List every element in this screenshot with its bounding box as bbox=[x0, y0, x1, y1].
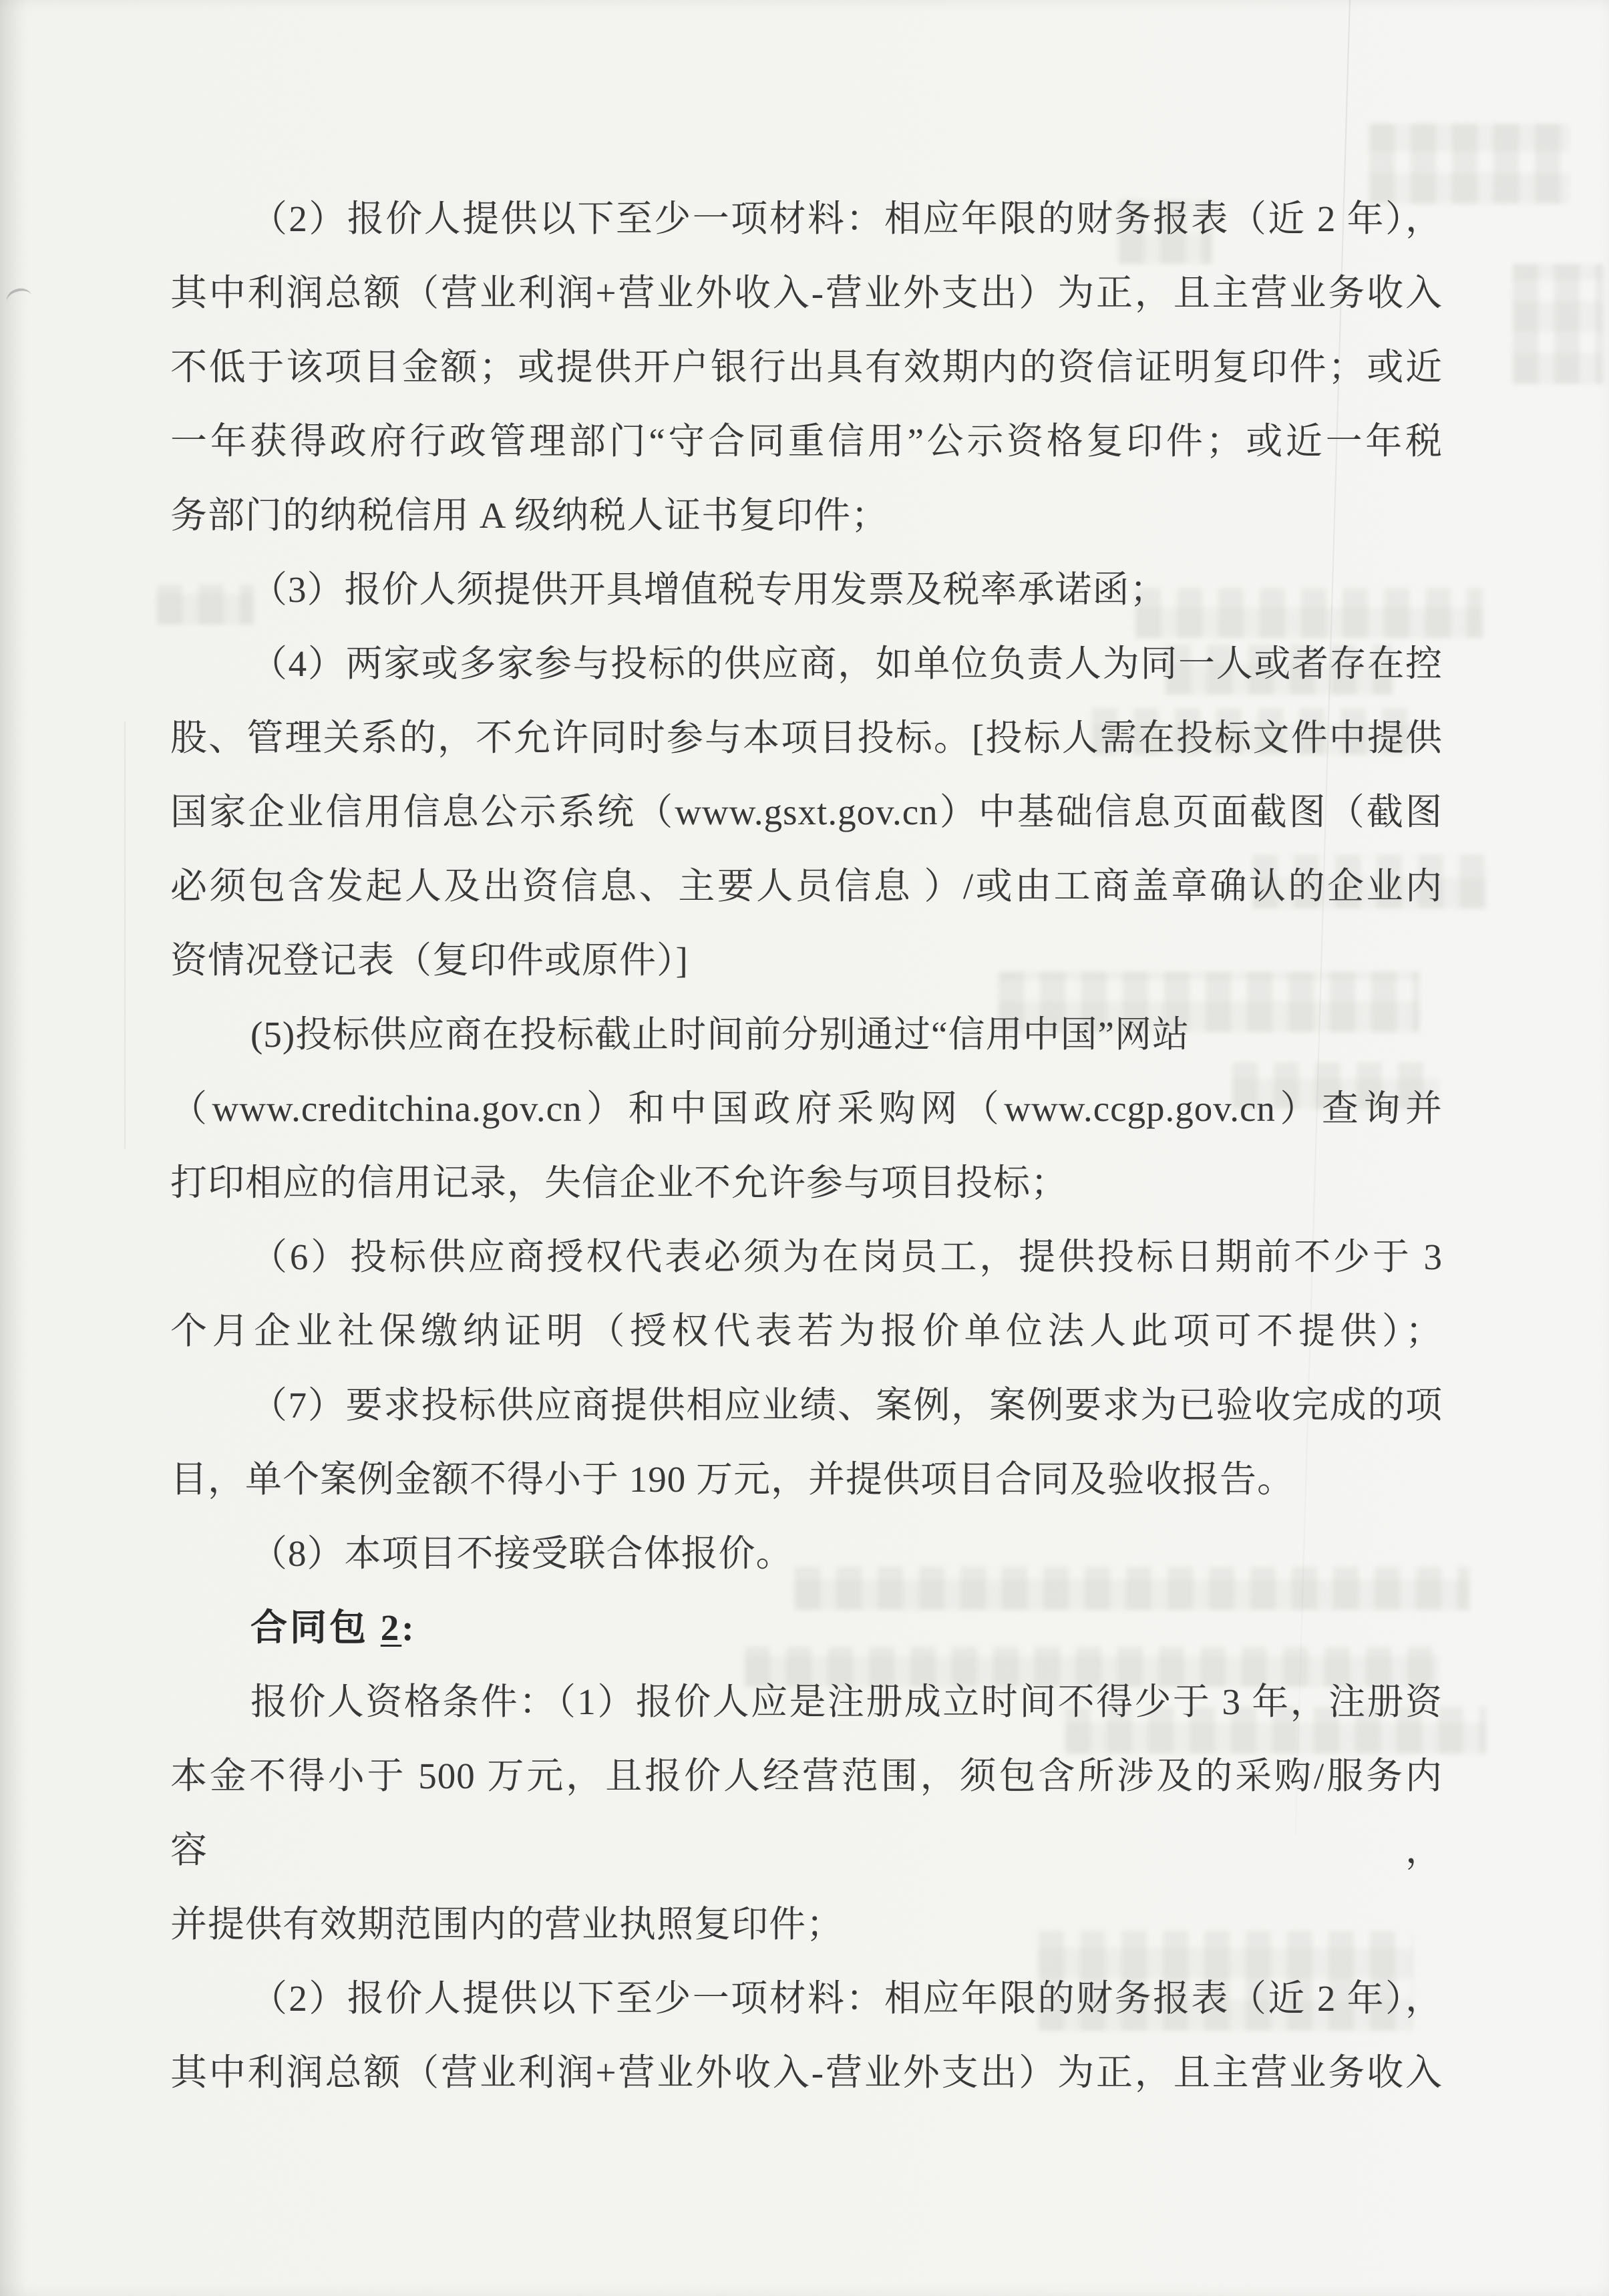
text-line: （www.creditchina.gov.cn）和中国政府采购网（www.ccg… bbox=[170, 1072, 1443, 1146]
text-line: 一年获得政府行政管理部门“守合同重信用”公示资格复印件；或近一年税 bbox=[170, 404, 1443, 478]
text-line: 国家企业信用信息公示系统（www.gsxt.gov.cn）中基础信息页面截图（截… bbox=[170, 775, 1443, 849]
scanned-page: （2）报价人提供以下至少一项材料：相应年限的财务报表（近 2 年）， 其中利润总… bbox=[0, 0, 1609, 2296]
text-line: （2）报价人提供以下至少一项材料：相应年限的财务报表（近 2 年）， bbox=[170, 182, 1443, 256]
text-line: 本金不得小于 500 万元，且报价人经营范围，须包含所涉及的采购/服务内容， bbox=[170, 1739, 1443, 1887]
text-line: （7）要求投标供应商提供相应业绩、案例，案例要求为已验收完成的项 bbox=[170, 1368, 1443, 1442]
text-line: （6）投标供应商授权代表必须为在岗员工，提供投标日期前不少于 3 bbox=[170, 1220, 1443, 1294]
heading-number: 2 bbox=[381, 1607, 402, 1648]
text-line: 股、管理关系的，不允许同时参与本项目投标。[投标人需在投标文件中提供 bbox=[170, 701, 1443, 775]
fold-crease-artifact bbox=[124, 721, 126, 1149]
text-line: （8）本项目不接受联合体报价。 bbox=[170, 1516, 1443, 1591]
text-line: 打印相应的信用记录，失信企业不允许参与项目投标； bbox=[170, 1146, 1443, 1220]
text-line: 目，单个案例金额不得小于 190 万元，并提供项目合同及验收报告。 bbox=[170, 1442, 1443, 1516]
text-line: 其中利润总额（营业利润+营业外收入-营业外支出）为正，且主营业务收入 bbox=[170, 256, 1443, 330]
bleed-through-artifact bbox=[1513, 264, 1603, 384]
text-line: 并提供有效期范围内的营业执照复印件； bbox=[170, 1887, 1443, 1961]
document-body: （2）报价人提供以下至少一项材料：相应年限的财务报表（近 2 年）， 其中利润总… bbox=[170, 182, 1443, 2110]
pen-mark-artifact bbox=[5, 286, 34, 311]
text-line: 必须包含发起人及出资信息、主要人员信息 ）/或由工商盖章确认的企业内 bbox=[170, 849, 1443, 923]
text-line: 个月企业社保缴纳证明（授权代表若为报价单位法人此项可不提供）； bbox=[170, 1294, 1443, 1368]
text-line: （3）报价人须提供开具增值税专用发票及税率承诺函； bbox=[170, 552, 1443, 627]
contract-package-2-heading: 合同包 2: bbox=[170, 1591, 1443, 1665]
text-line: （4）两家或多家参与投标的供应商，如单位负责人为同一人或者存在控 bbox=[170, 627, 1443, 701]
heading-colon: : bbox=[401, 1607, 416, 1648]
text-line: 其中利润总额（营业利润+营业外收入-营业外支出）为正，且主营业务收入 bbox=[170, 2035, 1443, 2110]
text-line: （2）报价人提供以下至少一项材料：相应年限的财务报表（近 2 年）， bbox=[170, 1961, 1443, 2035]
text-line: 资情况登记表（复印件或原件）] bbox=[170, 923, 1443, 997]
heading-prefix: 合同包 bbox=[250, 1607, 381, 1648]
text-line: (5)投标供应商在投标截止时间前分别通过“信用中国”网站 bbox=[170, 997, 1443, 1072]
text-line: 报价人资格条件：（1）报价人应是注册成立时间不得少于 3 年，注册资 bbox=[170, 1665, 1443, 1739]
text-line: 不低于该项目金额；或提供开户银行出具有效期内的资信证明复印件；或近 bbox=[170, 330, 1443, 404]
text-line: 务部门的纳税信用 A 级纳税人证书复印件； bbox=[170, 478, 1443, 552]
